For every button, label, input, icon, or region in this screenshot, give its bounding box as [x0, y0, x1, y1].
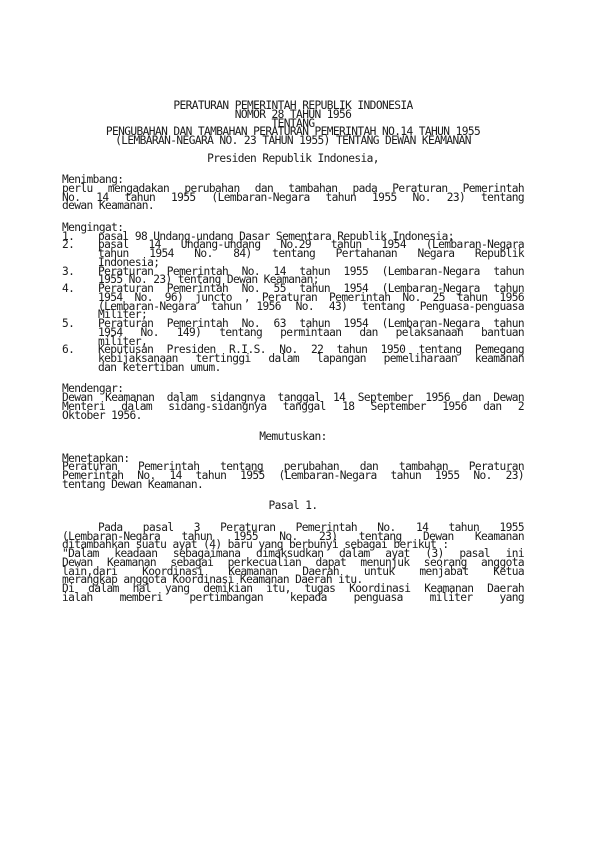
list-line: dan ketertiban umum.: [98, 364, 524, 373]
document-page: PERATURAN PEMERINTAH REPUBLIK INDONESIA …: [62, 102, 524, 603]
list-item: 4. Peraturan Pemerintah No. 55 tahun 195…: [62, 285, 524, 320]
section-pasal-1: Pada pasal 3 Peraturan Pemerintah No. 14…: [62, 524, 524, 603]
spacer: [62, 163, 524, 172]
list-number: 2.: [62, 241, 98, 250]
pasal-1-heading: Pasal 1.: [62, 502, 524, 511]
section-mendengar: Mendengar: Dewan Keamanan dalam sidangny…: [62, 385, 524, 420]
list-line: 1954 No. 149) tentang permintaan dan pel…: [98, 329, 524, 338]
list-number: 4.: [62, 285, 98, 294]
list-number: 6.: [62, 346, 98, 355]
list-item: 2. pasal 14 Undang-undang No.29 tahun 19…: [62, 241, 524, 267]
list-item: 6. Keputusan Presiden R.I.S. No. 22 tahu…: [62, 346, 524, 372]
president-line: Presiden Republik Indonesia,: [62, 155, 524, 164]
header-subject-line-2: (LEMBARAN-NEGARA NO. 23 TAHUN 1955) TENT…: [62, 137, 524, 146]
paragraph-line: Oktober 1956.: [62, 412, 524, 421]
list-number: 3.: [62, 268, 98, 277]
list-line: tahun 1954 No. 84) tentang Pertahanan Ne…: [98, 250, 524, 259]
spacer: [62, 511, 524, 520]
paragraph-line: dewan Keamanan.: [62, 202, 524, 211]
document-header: PERATURAN PEMERINTAH REPUBLIK INDONESIA …: [62, 102, 524, 146]
section-menetapkan: Menetapkan: Peraturan Pemerintah tentang…: [62, 455, 524, 490]
spacer: [62, 420, 524, 429]
paragraph-line: ialah memberi pertimbangan kepada pengua…: [62, 594, 524, 603]
spacer: [62, 442, 524, 451]
memutuskan-heading: Memutuskan:: [62, 433, 524, 442]
spacer: [62, 373, 524, 382]
section-mengingat: Mengingat: 1. pasal 98 Undang-undang Das…: [62, 224, 524, 373]
list-number: 5.: [62, 320, 98, 329]
paragraph-line: tentang Dewan Keamanan.: [62, 481, 524, 490]
list-line: (Lembaran-Negara tahun 1956 No. 43) tent…: [98, 303, 524, 312]
section-menimbang: Menimbang: perlu mengadakan perubahan da…: [62, 176, 524, 211]
spacer: [62, 490, 524, 499]
spacer: [62, 211, 524, 220]
